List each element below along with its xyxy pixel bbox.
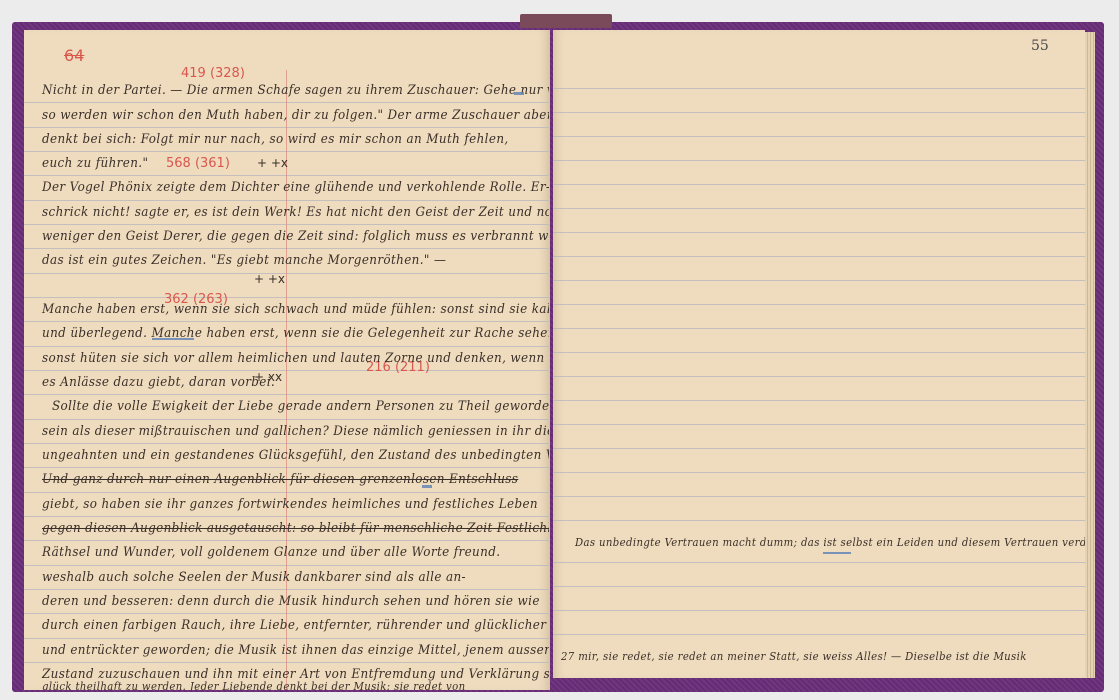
ruled-line bbox=[553, 280, 1085, 281]
ruled-line bbox=[553, 256, 1085, 257]
manuscript-line: und entrückter geworden; die Musik ist i… bbox=[42, 643, 550, 658]
blue-pencil-mark bbox=[514, 92, 524, 95]
ruled-line bbox=[553, 448, 1085, 449]
manuscript-line: denkt bei sich: Folgt mir nur nach, so w… bbox=[42, 132, 509, 147]
ruled-line bbox=[553, 586, 1085, 587]
manuscript-line: euch zu führen." bbox=[42, 156, 148, 171]
manuscript-line: Manche haben erst, wenn sie sich schwach… bbox=[42, 302, 550, 317]
ruled-line bbox=[553, 400, 1085, 401]
manuscript-line-struck: gegen diesen Augenblick ausgetauscht: so… bbox=[42, 521, 550, 536]
ruled-line bbox=[553, 424, 1085, 425]
manuscript-line: durch einen farbigen Rauch, ihre Liebe, … bbox=[42, 618, 550, 633]
section-mark: + +x bbox=[257, 156, 288, 170]
manuscript-line: sonst hüten sie sich vor allem heimliche… bbox=[42, 351, 545, 366]
blue-pencil-mark bbox=[422, 485, 432, 488]
ruled-line bbox=[553, 304, 1085, 305]
blue-pencil-underline bbox=[152, 338, 194, 340]
manuscript-line: schrick nicht! sagte er, es ist dein Wer… bbox=[42, 205, 550, 220]
page-edges bbox=[1085, 32, 1095, 678]
right-page: 55 Das unbedingte Vertrauen macht dumm; … bbox=[553, 30, 1085, 678]
manuscript-line: 27 mir, sie redet, sie redet an meiner S… bbox=[561, 650, 1027, 663]
manuscript-line: Nicht in der Partei. — Die armen Schafe … bbox=[42, 83, 550, 98]
manuscript-line: Sollte die volle Ewigkeit der Liebe gera… bbox=[52, 399, 550, 414]
manuscript-line: ungeahnten und ein gestandenes Glücksgef… bbox=[42, 448, 550, 463]
manuscript-line: Räthsel und Wunder, voll goldenem Glanze… bbox=[42, 545, 500, 560]
ruled-line bbox=[553, 160, 1085, 161]
blue-pencil-underline bbox=[823, 552, 851, 554]
spine-tab bbox=[520, 14, 612, 28]
ruled-line bbox=[553, 232, 1085, 233]
ruled-line bbox=[553, 496, 1085, 497]
ruled-line bbox=[553, 634, 1085, 635]
manuscript-line: das ist ein gutes Zeichen. "Es giebt man… bbox=[42, 253, 446, 268]
ruled-line bbox=[553, 136, 1085, 137]
page-number: 55 bbox=[1031, 38, 1049, 54]
manuscript-line: Das unbedingte Vertrauen macht dumm; das… bbox=[575, 536, 1085, 549]
ruled-line bbox=[553, 562, 1085, 563]
manuscript-line: Der Vogel Phönix zeigte dem Dichter eine… bbox=[42, 180, 550, 195]
ruled-line bbox=[553, 88, 1085, 89]
ruled-line bbox=[553, 112, 1085, 113]
manuscript-line-struck: Und ganz durch nur einen Augenblick für … bbox=[42, 472, 518, 487]
manuscript-line: giebt, so haben sie ihr ganzes fortwirke… bbox=[42, 497, 538, 512]
manuscript-line: glück theilhaft zu werden. Jeder Liebend… bbox=[42, 680, 465, 690]
section-mark: + +x bbox=[254, 272, 285, 286]
manuscript-line: sein als dieser mißtrauischen und gallic… bbox=[42, 424, 550, 439]
ruled-line bbox=[553, 376, 1085, 377]
ruled-line bbox=[553, 328, 1085, 329]
manuscript-line: so werden wir schon den Muth haben, dir … bbox=[42, 108, 550, 123]
annotation-red: 568 (361) bbox=[166, 156, 230, 171]
annotation-red: 419 (328) bbox=[181, 66, 245, 81]
left-page: 64 419 (328) 568 (361) 362 (263) 216 (21… bbox=[24, 30, 550, 690]
ruled-line bbox=[553, 472, 1085, 473]
ruled-line bbox=[553, 184, 1085, 185]
manuscript-line: deren und besseren: denn durch die Musik… bbox=[42, 594, 540, 609]
ruled-line bbox=[553, 520, 1085, 521]
ruled-line bbox=[553, 352, 1085, 353]
page-number-red: 64 bbox=[64, 46, 84, 65]
manuscript-line: weshalb auch solche Seelen der Musik dan… bbox=[42, 570, 466, 585]
manuscript-line: weniger den Geist Derer, die gegen die Z… bbox=[42, 229, 550, 244]
manuscript-line: und überlegend. Manche haben erst, wenn … bbox=[42, 326, 550, 341]
ruled-line bbox=[553, 208, 1085, 209]
manuscript-line: es Anlässe dazu giebt, daran vorbei. bbox=[42, 375, 275, 390]
ruled-line bbox=[553, 610, 1085, 611]
